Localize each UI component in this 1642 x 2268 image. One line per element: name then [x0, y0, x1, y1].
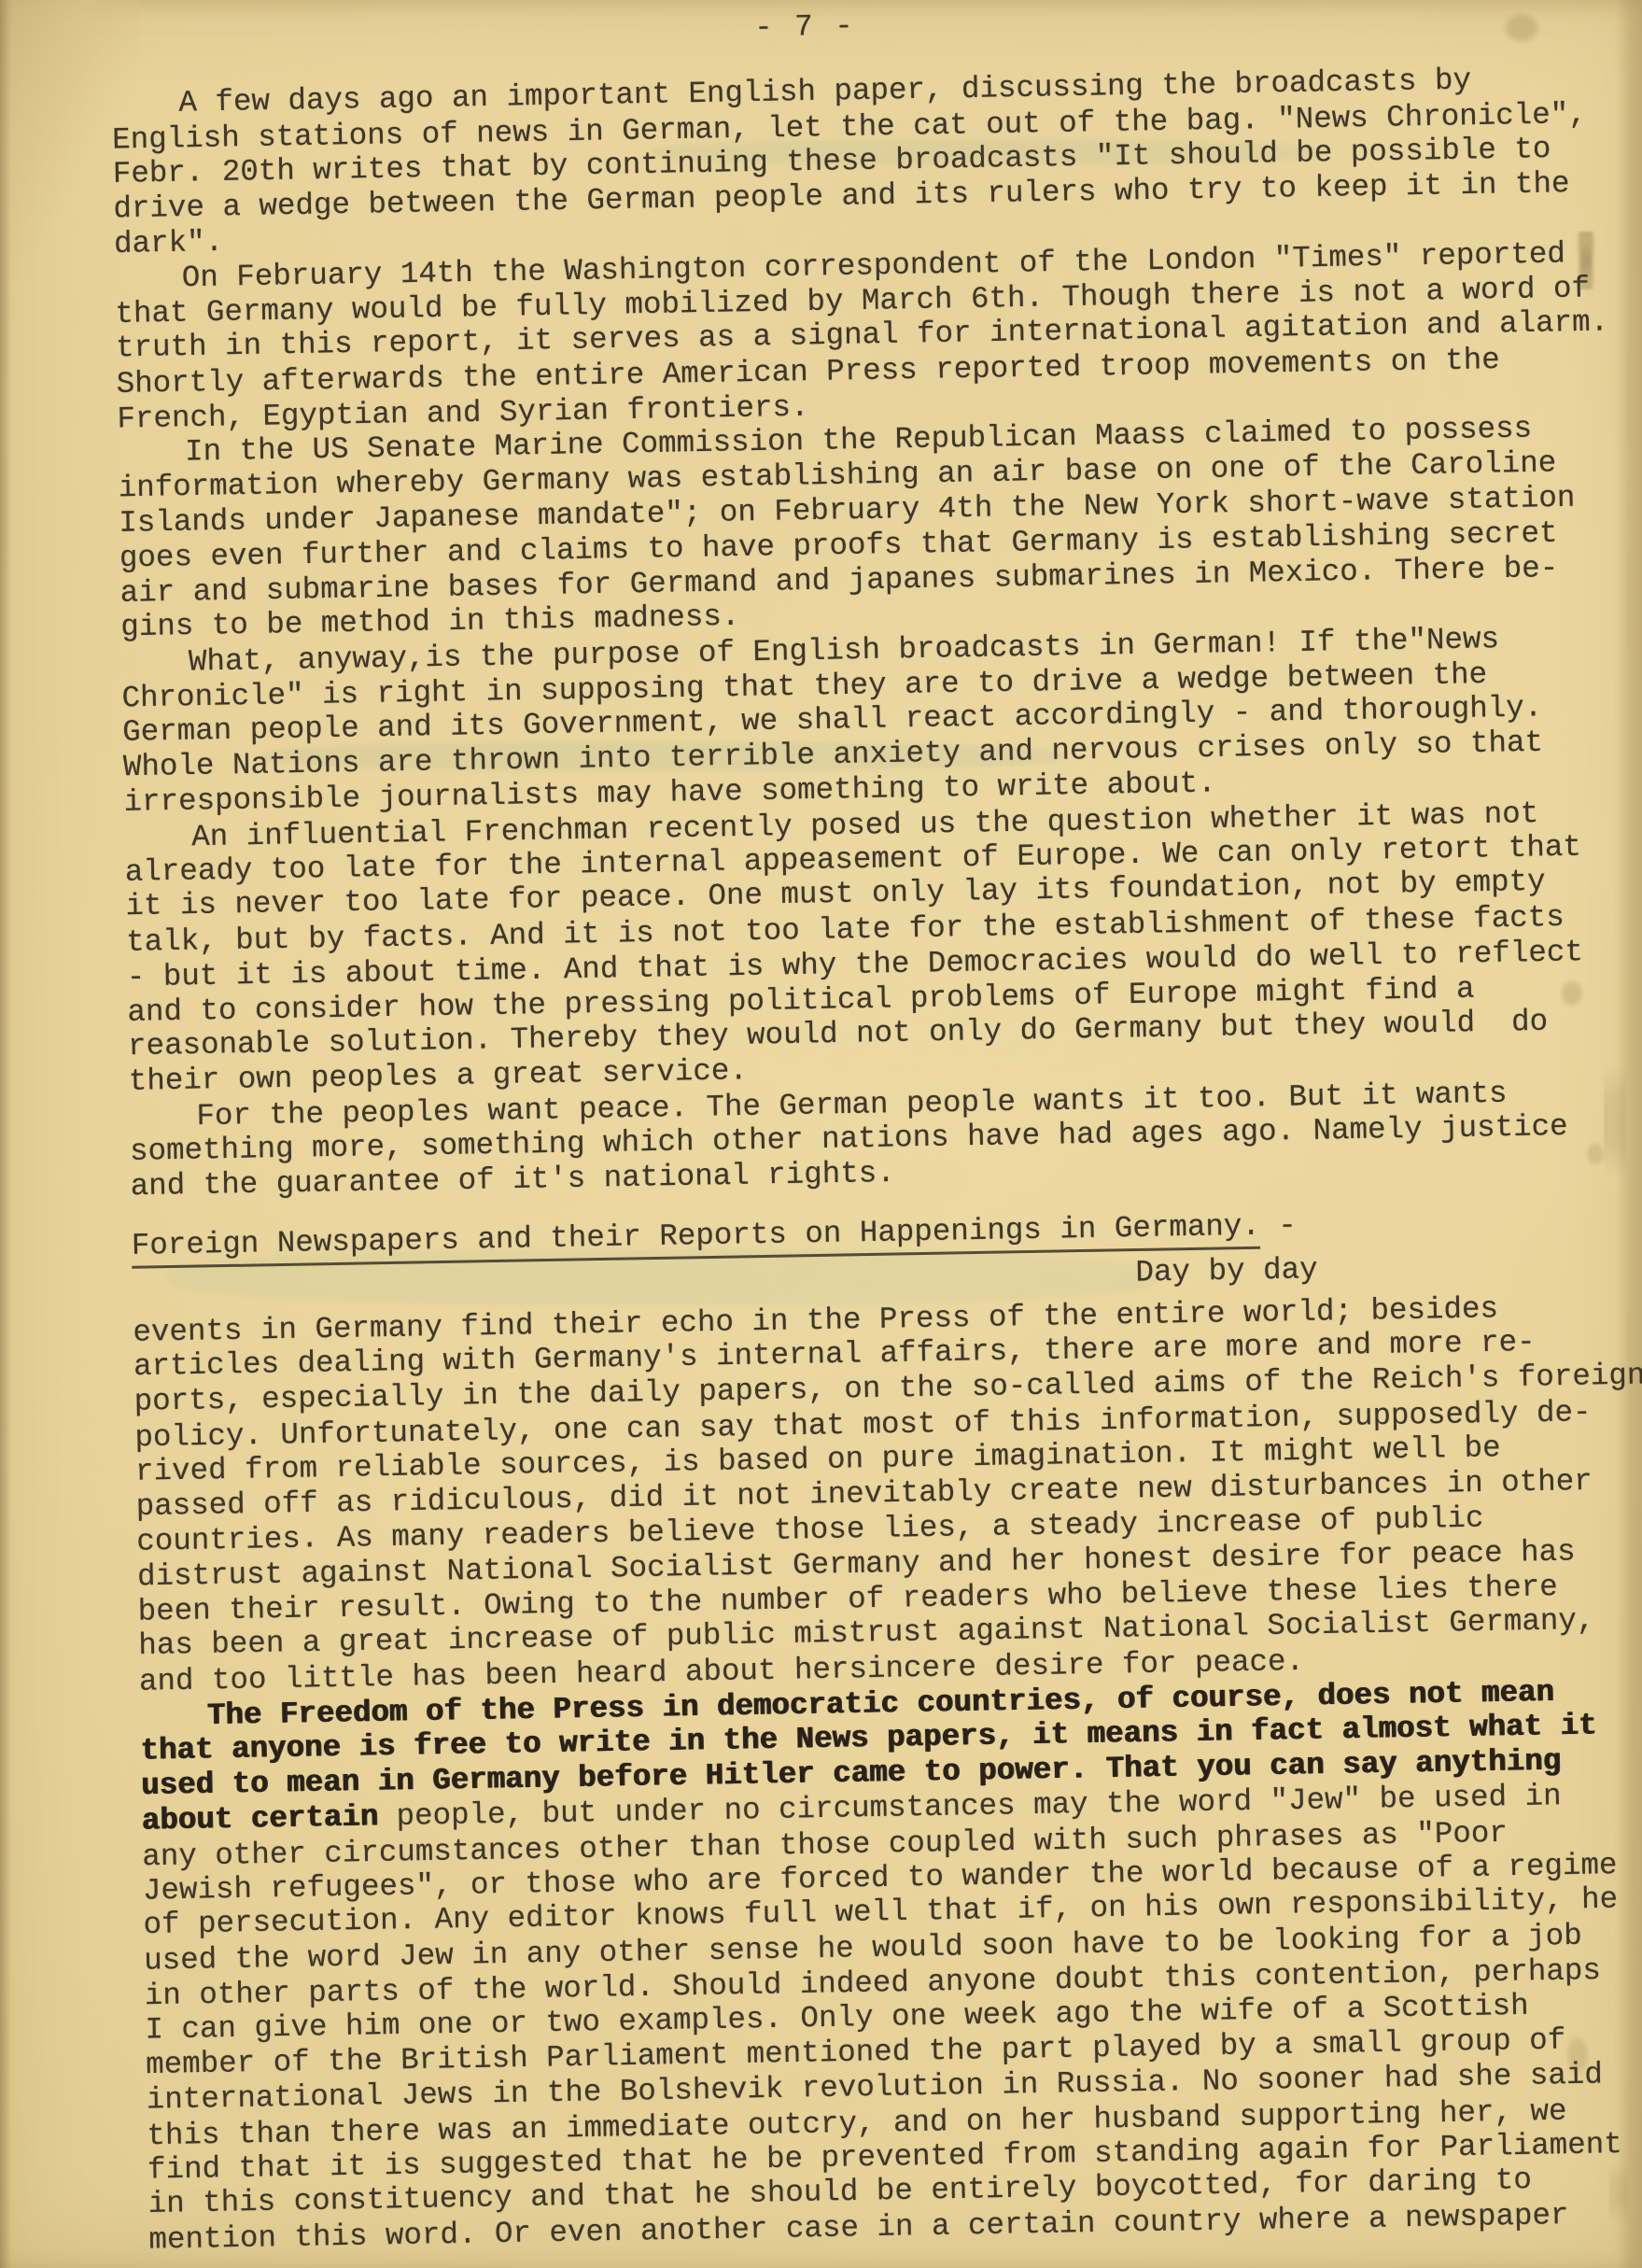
page-number: - 7 -	[110, 0, 1642, 57]
typed-text: - 7 -A few days ago an important English…	[110, 0, 1642, 2258]
paper-left-edge-shading	[0, 0, 11, 2268]
heading-trailing-dash: -	[1260, 1208, 1298, 1244]
document-page: - 7 -A few days ago an important English…	[0, 0, 1642, 2268]
bold-text-run: about certain	[141, 1799, 378, 1838]
